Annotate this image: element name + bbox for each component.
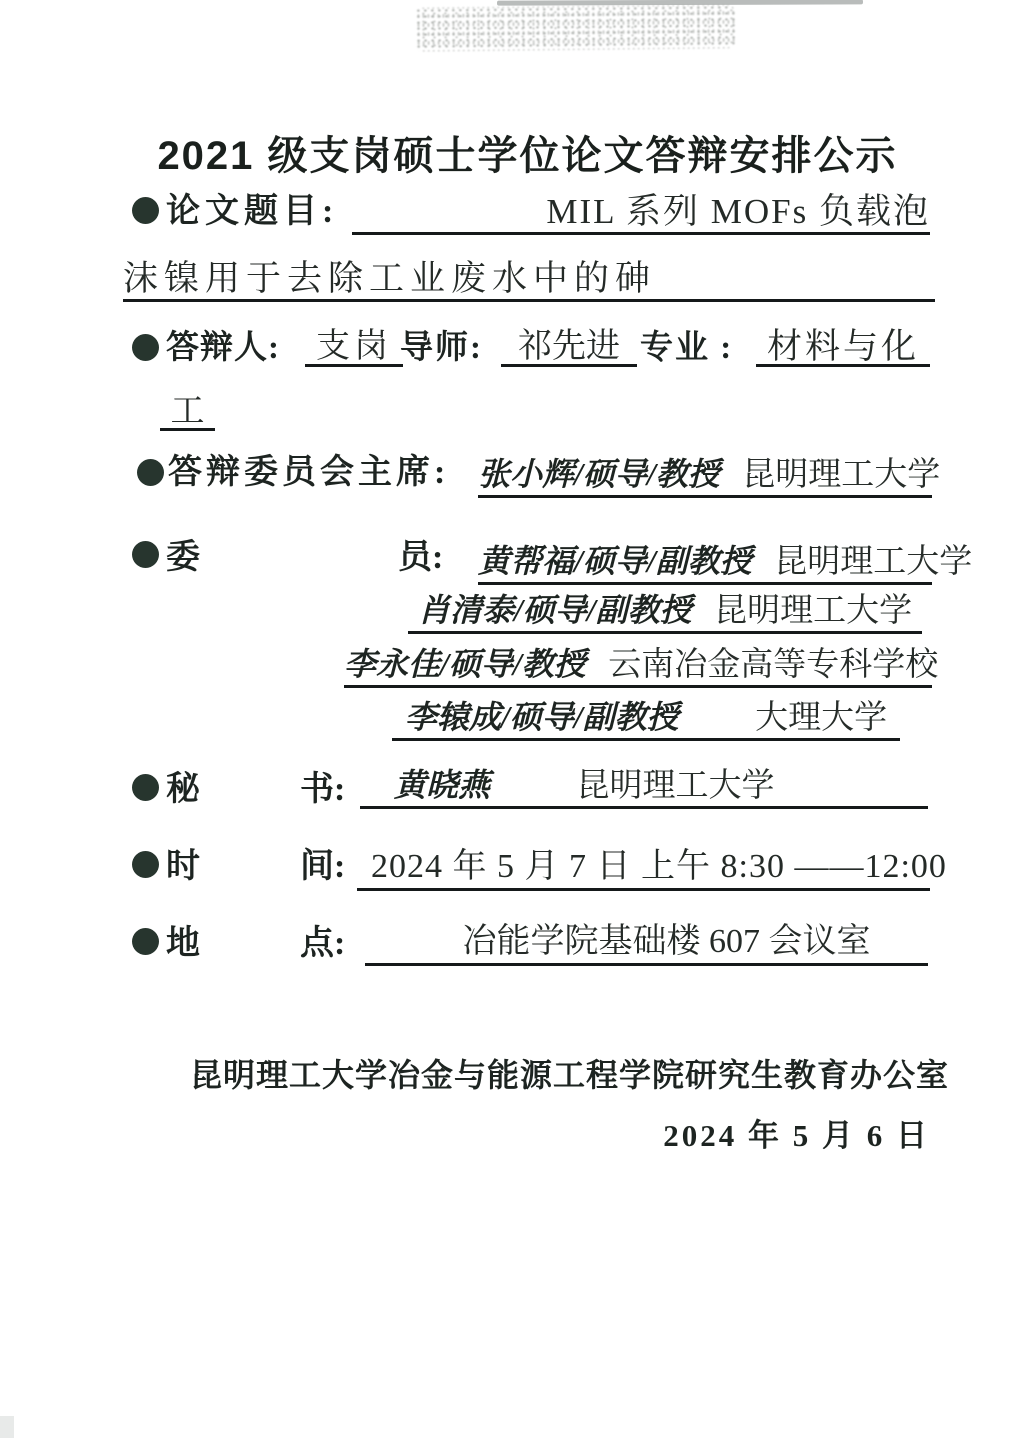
thesis-title-value-line1: MIL 系列 MOFs 负载泡 xyxy=(352,189,930,235)
location-label-right: 点: xyxy=(300,924,345,964)
secretary-institution: 昆明理工大学 xyxy=(577,768,775,804)
member-row: 李永佳/硕导/教授 云南冶金高等专科学校 xyxy=(344,640,932,688)
major-value-line2: 工 xyxy=(160,392,215,431)
time-value: 2024 年 5 月 7 日 上午 8:30 ——12:00 xyxy=(357,842,930,891)
member-institution: 昆明理工大学 xyxy=(714,593,912,629)
member-row: 黄帮福/硕导/副教授 昆明理工大学 xyxy=(478,537,932,585)
chair-institution: 昆明理工大学 xyxy=(742,457,940,493)
major-value-line1: 材料与化 xyxy=(756,327,930,367)
member-name: 李永佳/硕导/教授 xyxy=(344,646,586,682)
member-row: 李辕成/硕导/副教授 大理大学 xyxy=(392,693,900,741)
bullet-icon xyxy=(132,851,159,878)
issuing-office: 昆明理工大学冶金与能源工程学院研究生教育办公室 xyxy=(190,1050,930,1096)
bullet-icon xyxy=(132,541,159,568)
member-institution: 大理大学 xyxy=(755,700,887,736)
member-institution: 云南冶金高等专科学校 xyxy=(608,647,938,683)
members-label-right: 员: xyxy=(398,538,443,578)
bullet-icon xyxy=(132,334,159,361)
time-label-left: 时 xyxy=(166,847,200,887)
bullet-icon xyxy=(132,928,159,955)
defender-label: 答辩人: xyxy=(166,328,280,368)
secretary-label-right: 书: xyxy=(300,770,345,810)
committee-chair-value: 张小辉/硕导/教授 昆明理工大学 xyxy=(478,450,932,498)
issue-date: 2024 年 5 月 6 日 xyxy=(600,1110,930,1155)
scan-smudge-artifact xyxy=(415,4,735,51)
major-label: 专业 : xyxy=(640,328,733,368)
thesis-title-label: 论文题目: xyxy=(166,192,338,232)
location-label-left: 地 xyxy=(166,924,200,964)
defender-name: 支岗 xyxy=(305,327,403,367)
member-row: 肖清泰/硕导/副教授 昆明理工大学 xyxy=(408,586,922,634)
time-label-right: 间: xyxy=(300,847,345,887)
member-institution: 昆明理工大学 xyxy=(774,544,972,580)
supervisor-name: 祁先进 xyxy=(501,327,637,367)
supervisor-label: 导师: xyxy=(400,328,483,368)
members-label-left: 委 xyxy=(166,538,200,578)
bullet-icon xyxy=(137,459,164,486)
secretary-value: 黄晓燕 昆明理工大学 xyxy=(360,761,928,809)
scanned-notice-page: 2021 级支岗硕士学位论文答辩安排公示 论文题目: MIL 系列 MOFs 负… xyxy=(0,0,1024,1448)
member-name: 肖清泰/硕导/副教授 xyxy=(418,592,692,628)
bullet-icon xyxy=(132,197,159,224)
scan-corner-artifact xyxy=(0,1416,14,1438)
thesis-title-value-line2: 沫镍用于去除工业废水中的砷 xyxy=(123,255,935,302)
secretary-label-left: 秘 xyxy=(166,770,200,810)
secretary-name: 黄晓燕 xyxy=(394,767,490,803)
member-name: 黄帮福/硕导/副教授 xyxy=(478,543,752,579)
page-title: 2021 级支岗硕士学位论文答辩安排公示 xyxy=(125,124,930,181)
member-name: 李辕成/硕导/副教授 xyxy=(405,699,679,735)
chair-name: 张小辉/硕导/教授 xyxy=(478,456,720,492)
committee-chair-label: 答辩委员会主席: xyxy=(168,453,449,493)
bullet-icon xyxy=(132,774,159,801)
location-value: 冶能学院基础楼 607 会议室 xyxy=(365,917,928,966)
